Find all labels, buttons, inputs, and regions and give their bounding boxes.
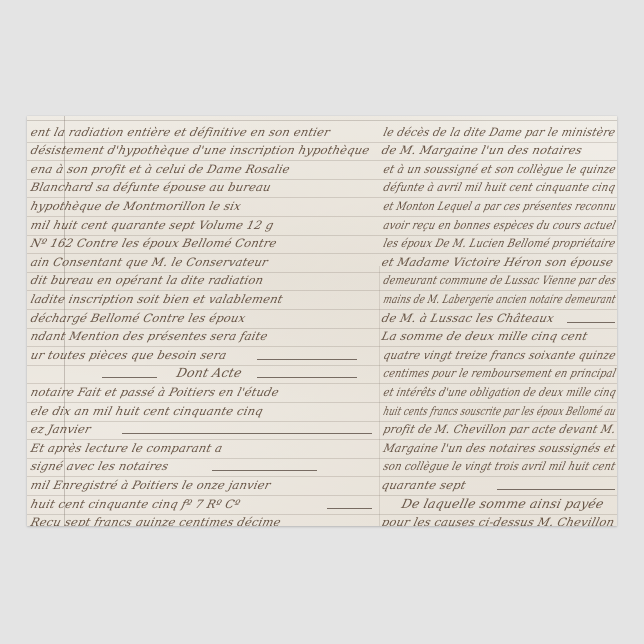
handwriting-line: ain Consentant que M. le Conservateuret … xyxy=(27,252,617,273)
handwriting-line: signé avec les notairesson collègue le v… xyxy=(27,457,617,478)
handwriting-line: Et après lecture le comparant aMargaine … xyxy=(27,438,617,459)
handwriting-line: huit cent cinquante cinq fº 7 Rº CºDe la… xyxy=(27,494,617,515)
left-column-text: Et après lecture le comparant a xyxy=(29,441,224,455)
ink-rule-flourish xyxy=(212,470,317,471)
right-column-text: demeurant commune de Lussac Vienne par d… xyxy=(382,273,617,287)
left-column-text: ele dix an mil huit cent cinquante cinq xyxy=(29,404,264,418)
ink-rule-flourish xyxy=(497,489,615,490)
right-column-text: pour les causes ci-dessus M. Chevillon xyxy=(380,515,616,526)
right-column-text: Margaine l'un des notaires soussignés et xyxy=(382,441,617,455)
ink-rule-flourish xyxy=(102,377,157,378)
right-column-text: défunte à avril mil huit cent cinquante … xyxy=(382,180,617,194)
ink-rule-flourish xyxy=(567,322,615,323)
left-column-text: ena à son profit et à celui de Dame Rosa… xyxy=(29,162,291,176)
handwriting-line: mil huit cent quarante sept Volume 12 ga… xyxy=(27,215,617,236)
handwriting-line: déchargé Bellomé Contre les épouxde M. à… xyxy=(27,308,617,329)
handwriting-line: Dont Actecentimes pour le remboursement … xyxy=(27,364,617,385)
handwriting-line: mil Enregistré à Poitiers le onze janvie… xyxy=(27,475,617,496)
left-column-text: déchargé Bellomé Contre les époux xyxy=(29,311,247,325)
handwriting-line: ele dix an mil huit cent cinquante cinqh… xyxy=(27,401,617,422)
right-column-text: mains de M. Labergerie ancien notaire de… xyxy=(382,292,617,306)
right-column-text: le décès de la dite Dame par le ministèr… xyxy=(382,125,617,139)
handwriting-line: ent la radiation entière et définitive e… xyxy=(27,122,617,143)
left-column-text: hypothèque de Montmorillon le six xyxy=(29,199,242,213)
handwritten-document-card: ent la radiation entière et définitive e… xyxy=(27,116,617,526)
left-column-text: ent la radiation entière et définitive e… xyxy=(29,125,331,139)
handwriting-line: notaire Fait et passé à Poitiers en l'ét… xyxy=(27,382,617,403)
handwriting-line: ur toutes pièces que besoin seraquatre v… xyxy=(27,345,617,366)
handwriting-line: ndant Mention des présentes sera faiteLa… xyxy=(27,327,617,348)
handwriting-line: ena à son profit et à celui de Dame Rosa… xyxy=(27,159,617,180)
handwriting-line: Reçu sept francs quinze centimes décimep… xyxy=(27,513,617,526)
left-column-text: Blanchard sa défunte épouse au bureau xyxy=(29,180,272,194)
right-column-text: centimes pour le remboursement en princi… xyxy=(382,366,617,380)
right-column-text: les époux De M. Lucien Bellomé propriéta… xyxy=(382,236,617,250)
right-column-text: huit cents francs souscrite par les épou… xyxy=(382,404,617,418)
left-column-text: désistement d'hypothèque d'une inscripti… xyxy=(29,143,371,157)
ink-rule-flourish xyxy=(257,359,357,360)
right-column-text: son collègue le vingt trois avril mil hu… xyxy=(382,459,617,473)
top-ruled-line xyxy=(27,120,617,121)
right-column-text: et intérêts d'une obligation de deux mil… xyxy=(382,385,617,399)
left-column-text: ez Janvier xyxy=(29,422,92,436)
right-column-text: avoir reçu en bonnes espèces du cours ac… xyxy=(382,218,617,232)
handwriting-line: Blanchard sa défunte épouse au bureaudéf… xyxy=(27,178,617,199)
ink-rule-flourish xyxy=(257,377,357,378)
left-column-text: mil huit cent quarante sept Volume 12 g xyxy=(29,218,275,232)
handwriting-line: Nº 162 Contre les époux Bellomé Contrele… xyxy=(27,234,617,255)
handwriting-line: ez Janvierprofit de M. Chevillon par act… xyxy=(27,420,617,441)
right-column-text: et Madame Victoire Héron son épouse xyxy=(380,255,615,269)
right-column-text: quarante sept xyxy=(380,478,467,492)
handwriting-line: dit bureau en opérant la dite radiationd… xyxy=(27,271,617,292)
right-column-text: de M. Margaine l'un des notaires xyxy=(380,143,583,157)
left-column-text: notaire Fait et passé à Poitiers en l'ét… xyxy=(29,385,280,399)
right-column-text: La somme de deux mille cinq cent xyxy=(380,329,589,343)
left-column-text: ndant Mention des présentes sera faite xyxy=(29,329,269,343)
right-column-text: profit de M. Chevillon par acte devant M… xyxy=(382,422,617,436)
right-column-text: quatre vingt treize francs soixante quin… xyxy=(382,348,617,362)
ink-rule-flourish xyxy=(327,508,372,509)
right-column-text: De laquelle somme ainsi payée xyxy=(400,496,605,511)
left-column-text: Reçu sept francs quinze centimes décime xyxy=(29,515,282,526)
ink-rule-flourish xyxy=(122,433,372,434)
left-column-text: Nº 162 Contre les époux Bellomé Contre xyxy=(29,236,278,250)
left-column-text: ladite inscription soit bien et valablem… xyxy=(29,292,284,306)
left-column-text: dit bureau en opérant la dite radiation xyxy=(29,273,265,287)
left-column-text: Dont Acte xyxy=(175,365,244,380)
left-column-text: mil Enregistré à Poitiers le onze janvie… xyxy=(29,478,272,492)
left-column-text: ur toutes pièces que besoin sera xyxy=(29,348,228,362)
handwriting-line: hypothèque de Montmorillon le sixet Mont… xyxy=(27,196,617,217)
right-column-text: de M. à Lussac les Châteaux xyxy=(380,311,555,325)
handwriting-line: désistement d'hypothèque d'une inscripti… xyxy=(27,141,617,162)
right-column-text: et à un soussigné et son collègue le qui… xyxy=(382,162,617,176)
left-column-text: ain Consentant que M. le Conservateur xyxy=(29,255,269,269)
left-column-text: signé avec les notaires xyxy=(29,459,170,473)
handwriting-line: ladite inscription soit bien et valablem… xyxy=(27,289,617,310)
left-column-text: huit cent cinquante cinq fº 7 Rº Cº xyxy=(29,497,242,511)
right-column-text: et Monton Lequel a par ces présentes rec… xyxy=(382,199,617,213)
